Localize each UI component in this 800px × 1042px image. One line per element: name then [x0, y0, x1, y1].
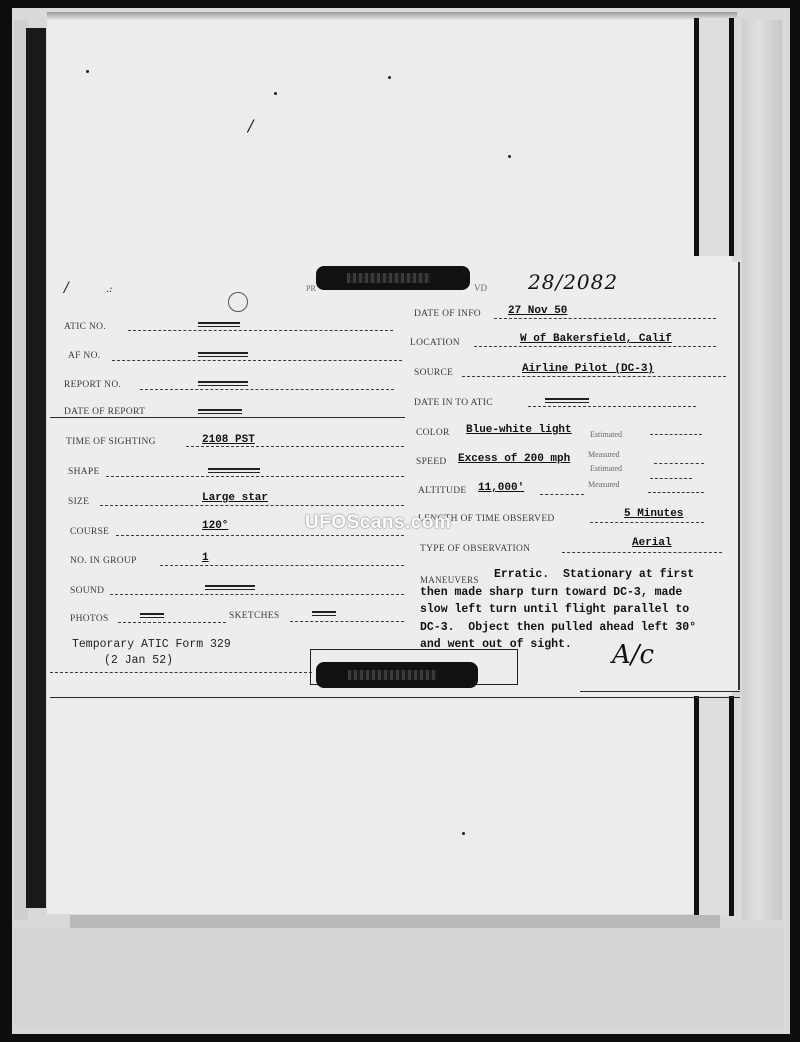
stray-mark: /	[64, 280, 69, 296]
form-bottom-border-right	[580, 691, 740, 692]
field-label-type-of-observation: TYPE OF OBSERVATION	[420, 544, 530, 554]
punch-hole-icon	[228, 292, 248, 312]
field-value-altitude: 11,000'	[478, 482, 524, 494]
watermark-text: UFOScans.com	[305, 512, 451, 534]
form-right-border	[738, 262, 740, 690]
field-rule	[140, 389, 394, 390]
field-label-date-in-to-atic: DATE IN TO ATIC	[414, 398, 493, 408]
form-bottom-border	[50, 697, 740, 698]
field-value-length-of-time-observed: 5 Minutes	[624, 508, 683, 520]
field-label-atic-no: ATIC NO.	[64, 322, 106, 332]
stamp-partial-text: PR	[306, 284, 316, 293]
redaction-bar-top	[316, 266, 470, 290]
field-value-photos-blank	[140, 613, 164, 618]
field-value-no-in-group: 1	[202, 552, 209, 564]
field-label-sound: SOUND	[70, 586, 104, 596]
scan-bottom-area	[14, 928, 784, 1028]
field-label-time-of-sighting: TIME OF SIGHTING	[66, 437, 156, 447]
field-rule	[290, 621, 404, 622]
field-value-speed: Excess of 200 mph	[458, 453, 570, 465]
field-rule	[528, 406, 696, 407]
field-rule	[650, 478, 692, 479]
field-value-report-no-blank	[198, 381, 248, 386]
field-value-shape-blank	[208, 468, 260, 473]
field-label-sketches: SKETCHES	[229, 611, 279, 621]
field-rule	[650, 434, 702, 435]
field-rule	[462, 376, 726, 377]
handwritten-initials: A/c	[612, 640, 654, 670]
field-rule	[474, 346, 716, 347]
binder-strip-bottom	[694, 696, 734, 916]
field-rule	[160, 565, 404, 566]
field-rule	[100, 505, 404, 506]
field-rule	[106, 476, 404, 477]
field-value-date-of-info: 27 Nov 50	[508, 305, 567, 317]
field-label-altitude: ALTITUDE	[418, 486, 467, 496]
form-divider	[50, 672, 312, 673]
field-value-size: Large star	[202, 492, 268, 504]
field-label-date-of-report: DATE OF REPORT	[64, 407, 145, 417]
sheet-top-shadow	[47, 12, 737, 20]
field-rule	[648, 492, 704, 493]
field-label-course: COURSE	[70, 527, 109, 537]
field-rule	[50, 417, 405, 418]
field-rule	[186, 446, 404, 447]
field-label-color: COLOR	[416, 428, 450, 438]
field-label-location: LOCATION	[410, 338, 460, 348]
scan-left-shadow-bar	[26, 28, 46, 908]
field-rule	[540, 494, 584, 495]
stray-mark: .:	[106, 284, 113, 295]
sheet-bottom-shadow	[70, 915, 720, 929]
field-label-no-in-group: NO. IN GROUP	[70, 556, 137, 566]
field-value-location: W of Bakersfield, Calif	[520, 333, 672, 345]
handwritten-file-number: 28/2082	[528, 270, 618, 294]
field-label-source: SOURCE	[414, 368, 453, 378]
field-rule	[128, 330, 393, 331]
field-rule	[562, 552, 722, 553]
field-value-time-of-sighting: 2108 PST	[202, 434, 255, 446]
redaction-bar-bottom	[316, 662, 478, 688]
field-label-shape: SHAPE	[68, 467, 100, 477]
field-rule	[654, 463, 704, 464]
field-value-maneuvers: Erratic. Stationary at first then made s…	[420, 566, 730, 654]
speck	[508, 155, 511, 158]
field-rule	[112, 360, 402, 361]
speck	[462, 832, 465, 835]
option-measured: Measured	[588, 450, 620, 459]
option-measured: Measured	[588, 480, 620, 489]
field-label-photos: PHOTOS	[70, 614, 109, 624]
field-label-af-no: AF NO.	[68, 351, 100, 361]
form-id-line2: (2 Jan 52)	[104, 654, 173, 667]
field-rule	[118, 622, 226, 623]
stamp-suffix-text: VD	[474, 283, 487, 293]
field-label-size: SIZE	[68, 497, 89, 507]
field-rule	[590, 522, 704, 523]
field-value-course: 120°	[202, 520, 228, 532]
field-value-sound-blank	[205, 585, 255, 590]
option-estimated: Estimated	[590, 464, 622, 473]
field-value-date-of-report-blank	[198, 409, 242, 414]
speck	[388, 76, 391, 79]
field-value-af-no-blank	[198, 352, 248, 357]
field-rule	[116, 535, 404, 536]
field-value-type-of-observation: Aerial	[632, 537, 672, 549]
field-label-report-no: REPORT NO.	[64, 380, 121, 390]
stray-mark: /	[248, 116, 253, 135]
field-value-atic-no-blank	[198, 322, 240, 327]
field-label-speed: SPEED	[416, 457, 447, 467]
form-id-line1: Temporary ATIC Form 329	[72, 638, 231, 651]
speck	[86, 70, 89, 73]
field-value-color: Blue-white light	[466, 424, 572, 436]
binder-strip-top	[694, 18, 734, 256]
field-rule	[494, 318, 716, 319]
field-value-source: Airline Pilot (DC-3)	[522, 363, 654, 375]
scan-right-strip	[742, 20, 782, 920]
field-value-date-in-to-atic-blank	[545, 398, 589, 403]
speck	[274, 92, 277, 95]
option-estimated: Estimated	[590, 430, 622, 439]
field-label-date-of-info: DATE OF INFO	[414, 309, 481, 319]
field-rule	[110, 594, 404, 595]
field-value-sketches-blank	[312, 611, 336, 616]
